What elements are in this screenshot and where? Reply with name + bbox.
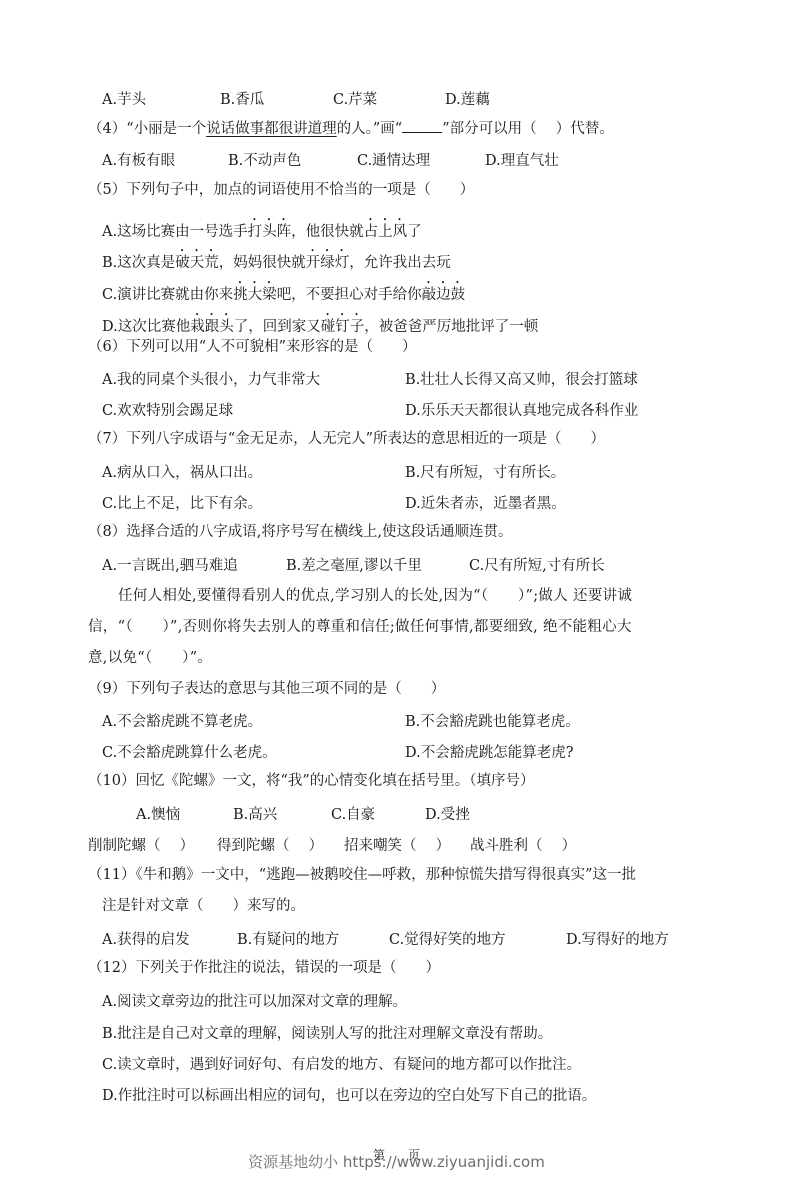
q5-a-dotted-1: 打头阵 — [248, 224, 292, 240]
q3-option-d: D.莲藕 — [445, 88, 490, 109]
q9-option-a: A.不会豁虎跳不算老虎。 — [102, 710, 262, 731]
q5-c-dotted-1: 挑大梁 — [233, 287, 277, 303]
q4-option-a: A.有板有眼 — [102, 149, 175, 170]
q6-option-d: D.乐乐天天都很认真地完成各科作业 — [405, 399, 638, 420]
q8-paragraph-line-1: 任何人相处,要懂得看别人的优点,学习别人的长处,因为“（ ）”;做人 还要讲诚 — [118, 586, 632, 606]
q11-option-a: A.获得的启发 — [102, 928, 190, 949]
q5-d-text: ，被爸爸严厉地批评了一顿 — [364, 319, 538, 335]
q12-option-d: D.作批注时可以标画出相应的词句，也可以在旁边的空白处写下自己的批语。 — [102, 1084, 596, 1105]
q5-d-text: 了，回到家又 — [234, 319, 321, 335]
q8-option-c: C.尺有所短,寸有所长 — [469, 554, 605, 575]
q5-c-text: C.演讲比赛就由你来 — [102, 287, 233, 303]
q6-option-a: A.我的同桌个头很小，力气非常大 — [102, 368, 320, 389]
q9-option-c: C.不会豁虎跳算什么老虎。 — [102, 741, 277, 762]
q10-option-b: B.高兴 — [233, 803, 277, 824]
q5-b-dotted-2: 开绿灯 — [306, 255, 350, 271]
q5-d-dotted-2: 碰钉子 — [321, 319, 365, 335]
q9-stem: （9）下列句子表达的意思与其他三项不同的是（ ） — [88, 679, 445, 699]
q5-b-text: B.这次真是 — [102, 255, 175, 271]
q5-option-c: C.演讲比赛就由你来挑大梁吧，不要担心对手给你敲边鼓 — [102, 279, 465, 305]
q10-blank-1: 削制陀螺（ ） — [88, 834, 194, 855]
q7-option-a: A.病从口入，祸从口出。 — [102, 461, 262, 482]
q4-underlined-phrase: 说话做事都很讲道理 — [206, 121, 337, 137]
q5-b-text: ，妈妈很快就 — [219, 255, 306, 271]
q8-stem: （8）选择合适的八字成语,将序号写在横线上,使这段话通顺连贯。 — [88, 522, 512, 542]
q5-stem: （5）下列句子中，加点的词语使用不恰当的一项是（ ） — [88, 180, 474, 200]
q6-stem: （6）下列可以用“人不可貌相”来形容的是（ ） — [88, 337, 417, 357]
q5-option-b: B.这次真是破天荒，妈妈很快就开绿灯，允许我出去玩 — [102, 247, 451, 273]
q8-option-b: B.差之毫厘,谬以千里 — [286, 554, 422, 575]
q4-stem-prefix: （4）“小丽是一个 — [88, 121, 206, 137]
q7-stem: （7）下列八字成语与“金无足赤，人无完人”所表达的意思相近的一项是（ ） — [88, 429, 605, 449]
q5-a-dotted-2: 占上风 — [364, 224, 408, 240]
q5-d-dotted-1: 栽跟头 — [190, 319, 234, 335]
q3-option-b: B.香瓜 — [220, 88, 264, 109]
page-label-ye: 页 — [408, 1146, 420, 1163]
q6-option-c: C.欢欢特别会踢足球 — [102, 399, 233, 420]
q10-blank-4: 战斗胜利（ ） — [470, 834, 576, 855]
q10-stem: （10）回忆《陀螺》一文，将“我”的心情变化填在括号里。（填序号） — [88, 771, 535, 791]
q8-option-a: A.一言既出,驷马难追 — [102, 554, 238, 575]
q3-option-a: A.芋头 — [102, 88, 146, 109]
q10-option-a: A.懊恼 — [136, 803, 180, 824]
q5-c-text: 吧，不要担心对手给你 — [277, 287, 422, 303]
q5-b-dotted-1: 破天荒 — [175, 255, 219, 271]
page-label-di: 第 — [373, 1146, 385, 1163]
q11-stem-line-2: 注是针对文章（ ）来写的。 — [102, 896, 305, 916]
q4-stem-middle: 的人。”画“ — [337, 121, 403, 137]
q5-a-text: 了 — [407, 224, 422, 240]
q5-option-a: A.这场比赛由一号选手打头阵，他很快就占上风了 — [102, 216, 422, 242]
q11-option-b: B.有疑问的地方 — [237, 928, 339, 949]
q4-underline-sample — [402, 118, 442, 133]
q5-d-text: D.这次比赛他 — [102, 319, 190, 335]
q4-stem-suffix: ”部分可以用（ ）代替。 — [442, 121, 614, 137]
q12-option-b: B.批注是自己对文章的理解，阅读别人写的批注对理解文章没有帮助。 — [102, 1022, 552, 1043]
q11-stem-line-1: （11）《牛和鹅》一文中，“逃跑—被鹅咬住—呼救，那种惊慌失措写得很真实”这一批 — [88, 865, 636, 885]
q5-b-text: ，允许我出去玩 — [349, 255, 451, 271]
q7-option-d: D.近朱者赤，近墨者黑。 — [405, 492, 566, 513]
q4-option-d: D.理直气壮 — [485, 149, 559, 170]
q5-c-dotted-2: 敲边鼓 — [422, 287, 466, 303]
q5-a-text: A.这场比赛由一号选手 — [102, 224, 248, 240]
q7-option-b: B.尺有所短，寸有所长。 — [405, 461, 565, 482]
q8-paragraph-line-3: 意,以免“（ ）”。 — [88, 648, 212, 668]
watermark-link[interactable]: 资源基地幼小 https://www.ziyuanjidi.com — [0, 1151, 793, 1172]
q10-option-c: C.自豪 — [331, 803, 375, 824]
q8-paragraph-line-2: 信，“（ ）”,否则你将失去别人的尊重和信任;做任何事情,都要细致, 绝不能粗心… — [88, 617, 632, 637]
q7-option-c: C.比上不足，比下有余。 — [102, 492, 262, 513]
q5-a-text: ，他很快就 — [291, 224, 364, 240]
q9-option-d: D.不会豁虎跳怎能算老虎? — [405, 741, 574, 762]
q4-option-c: C.通情达理 — [357, 149, 430, 170]
q5-option-d: D.这次比赛他栽跟头了，回到家又碰钉子，被爸爸严厉地批评了一顿 — [102, 311, 538, 337]
q12-option-a: A.阅读文章旁边的批注可以加深对文章的理解。 — [102, 990, 407, 1011]
q10-blank-2: 得到陀螺（ ） — [217, 834, 323, 855]
q12-stem: （12）下列关于作批注的说法，错误的一项是（ ） — [88, 958, 440, 978]
q10-blank-3: 招来嘲笑（ ） — [344, 834, 450, 855]
q3-option-c: C.芹菜 — [333, 88, 377, 109]
q10-option-d: D.受挫 — [425, 803, 470, 824]
q4-option-b: B.不动声色 — [228, 149, 301, 170]
q11-option-d: D.写得好的地方 — [566, 928, 669, 949]
q12-option-c: C.读文章时，遇到好词好句、有启发的地方、有疑问的地方都可以作批注。 — [102, 1053, 581, 1074]
q9-option-b: B.不会豁虎跳也能算老虎。 — [405, 710, 580, 731]
q6-option-b: B.壮壮人长得又高又帅，很会打篮球 — [405, 368, 638, 389]
q11-option-c: C.觉得好笑的地方 — [389, 928, 506, 949]
q4-stem: （4）“小丽是一个说话做事都很讲道理的人。”画“”部分可以用（ ）代替。 — [88, 118, 614, 139]
